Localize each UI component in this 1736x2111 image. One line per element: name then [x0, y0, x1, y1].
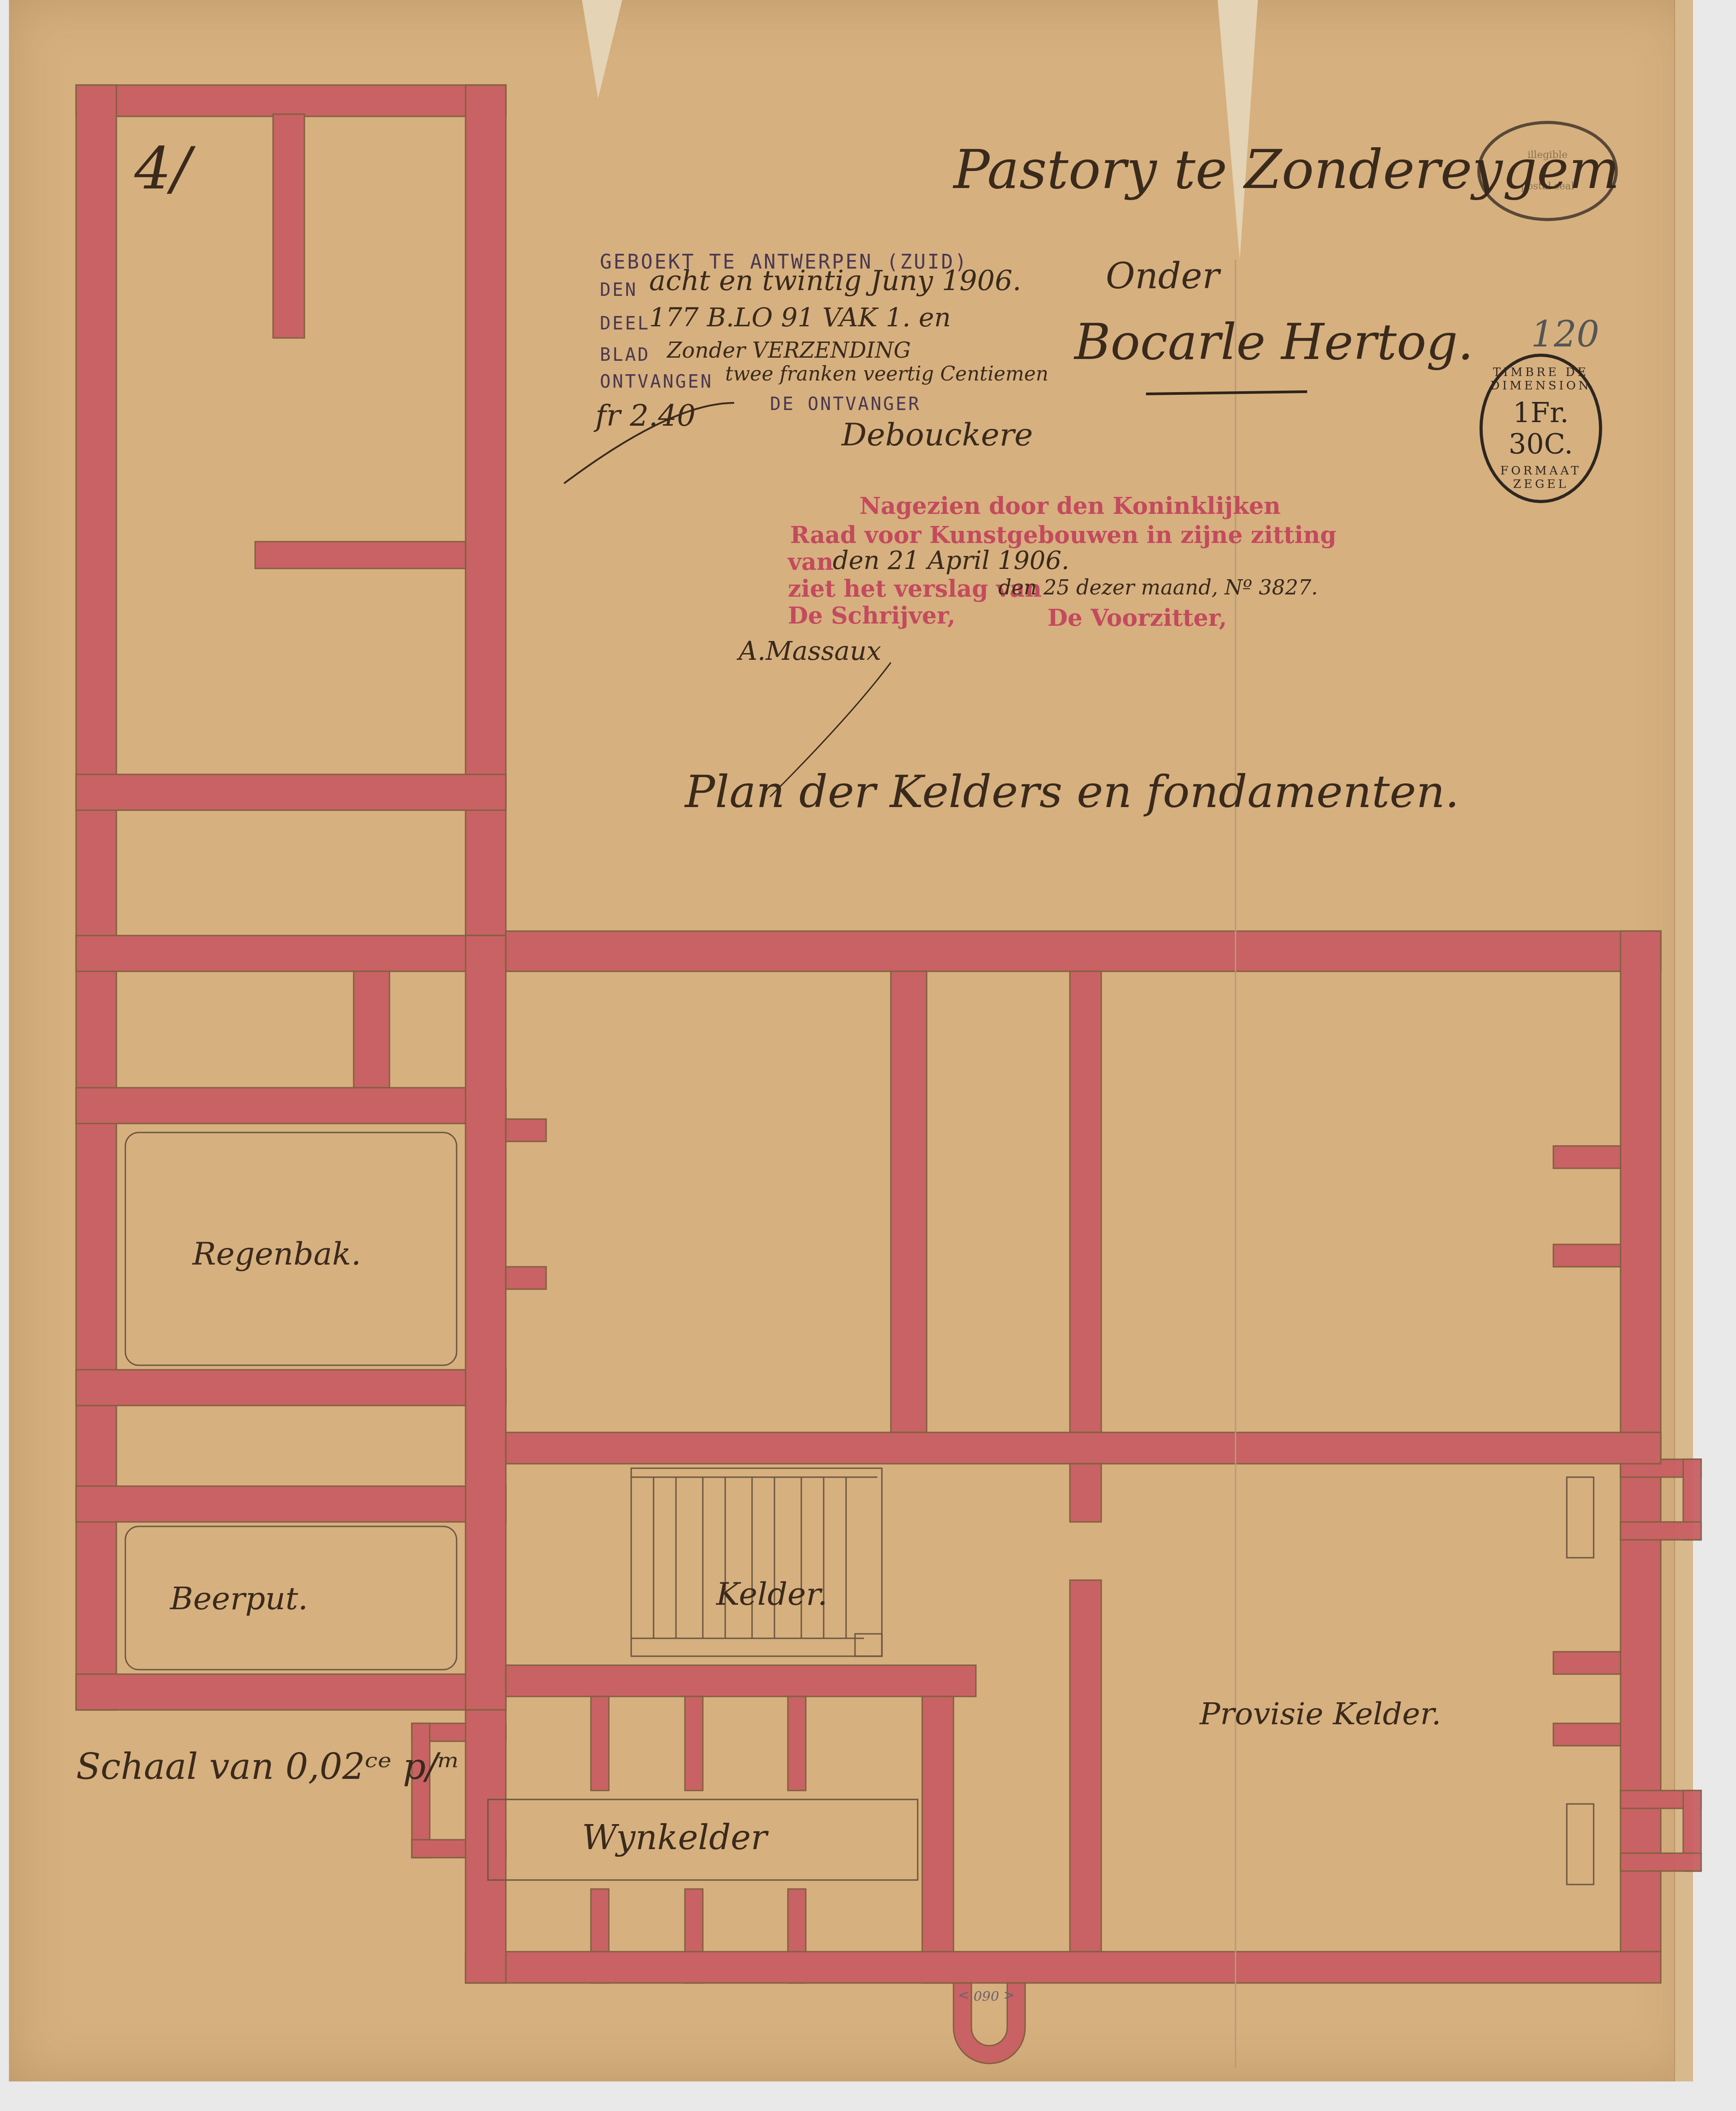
fee-note: fr 2.40	[595, 398, 696, 433]
review-line-1: Nagezien door den Koninklijken	[859, 492, 1281, 520]
tax-seal-ring-top: TIMBRE DE DIMENSION	[1483, 366, 1599, 393]
architect-name: Bocarle Hertog.	[1074, 313, 1474, 371]
stamp-date: acht en twintig Juny 1906.	[649, 264, 1021, 297]
room-label-provisie-kelder: Provisie Kelder.	[1200, 1696, 1441, 1732]
chairman-label: De Voorzitter,	[1048, 604, 1227, 632]
stamp-amount: twee franken veertig Centiemen	[725, 363, 1048, 385]
review-session-date: den 21 April 1906.	[833, 546, 1069, 575]
stamp-label-deel: DEEL	[600, 313, 650, 334]
room-label-beerput: Beerput.	[170, 1580, 308, 1617]
secretary-signature: A.Massaux	[739, 636, 881, 666]
stamp-folio: Zonder VERZENDING	[667, 338, 911, 363]
postal-seal: illegible postal seal	[1477, 121, 1618, 221]
review-report-ref: den 25 dezer maand, Nº 3827.	[998, 575, 1318, 599]
room-label-kelder: Kelder.	[716, 1576, 828, 1612]
review-line-2: Raad voor Kunstgebouwen in zijne zitting	[790, 521, 1336, 549]
room-label-wynkelder: Wynkelder	[582, 1817, 767, 1857]
stamp-volume: 177 B.LO 91 VAK 1. en	[649, 302, 951, 333]
tax-seal-value-line2: 30C.	[1509, 428, 1573, 460]
tax-seal-ring-bottom: FORMAAT ZEGEL	[1483, 464, 1599, 491]
tax-seal-value-line1: 1Fr.	[1509, 397, 1573, 428]
dimension-note: < 060 >	[958, 1987, 1015, 2003]
room-label-regenbak: Regenbak.	[192, 1235, 361, 1272]
review-line-3-label: van	[788, 548, 834, 576]
receiver-signature: Debouckere	[842, 416, 1033, 453]
stamp-label-blad: BLAD	[600, 345, 650, 365]
postal-seal-text: illegible postal seal	[1514, 140, 1581, 202]
secretary-label: De Schrijver,	[788, 602, 955, 629]
stamp-label-den: DEN	[600, 280, 637, 300]
plan-subtitle: Plan der Kelders en fondamenten.	[685, 765, 1459, 818]
tax-seal: TIMBRE DE DIMENSION 1Fr. 30C. FORMAAT ZE…	[1479, 354, 1602, 503]
architect-prefix: Onder	[1106, 255, 1219, 297]
sheet-number: 4/	[134, 134, 191, 202]
stamp-label-ontvangen: ONTVANGEN	[600, 372, 713, 392]
stamp-line-receiver: DE ONTVANGER	[770, 394, 921, 415]
tax-seal-value: 1Fr. 30C.	[1509, 397, 1573, 460]
archive-number: 120	[1531, 313, 1599, 355]
scale-note: Schaal van 0,02ᶜᵉ p/ᵐ	[76, 1746, 460, 1787]
